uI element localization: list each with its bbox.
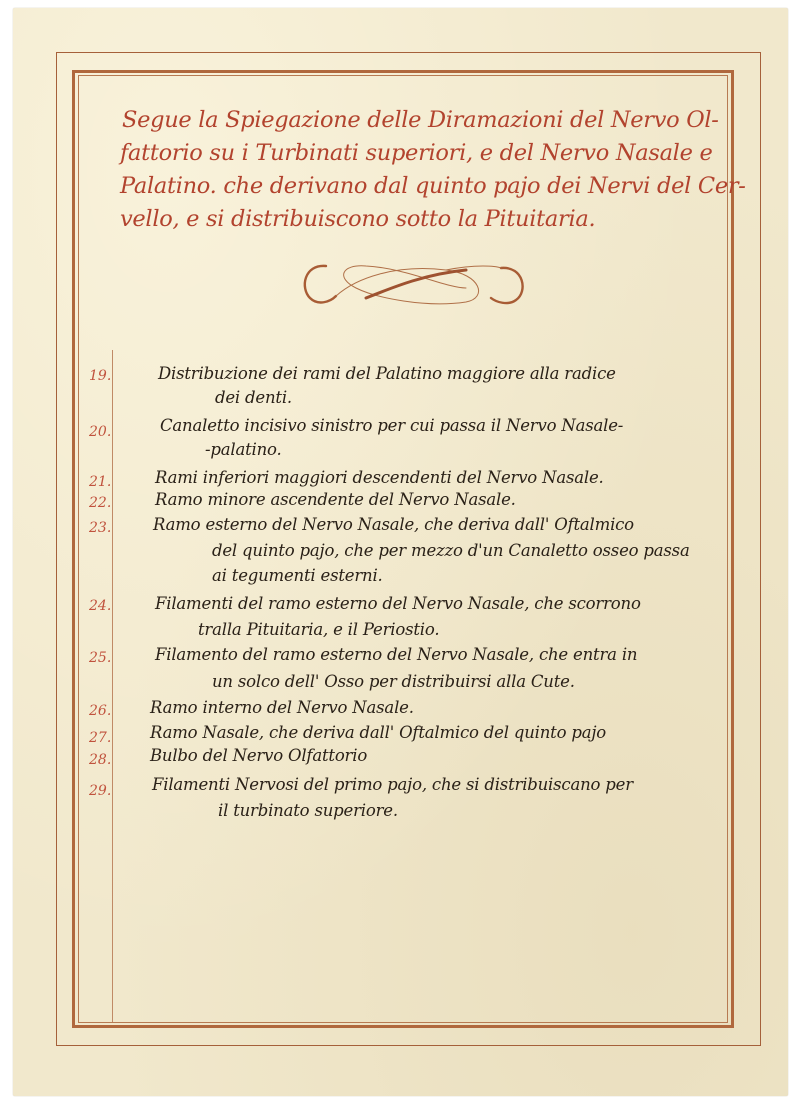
entry-text: Ramo Nasale, che deriva dall' Oftalmico … (150, 723, 606, 742)
entry-number: 19. (89, 368, 115, 384)
page-title: Segue la Spiegazione delle Diramazioni d… (120, 104, 680, 236)
entry-text: Ramo interno del Nervo Nasale. (150, 698, 414, 717)
entry-text: Bulbo del Nervo Olfattorio (150, 746, 367, 765)
title-line: fattorio su i Turbinati superiori, e del… (120, 137, 680, 170)
entry-text: il turbinato superiore. (218, 801, 398, 820)
flourish-ornament-icon (296, 258, 531, 308)
number-column-rule (112, 350, 113, 1022)
entry-text: del quinto pajo, che per mezzo d'un Cana… (212, 541, 690, 560)
manuscript-page: Segue la Spiegazione delle Diramazioni d… (0, 0, 800, 1105)
entry-text: Ramo minore ascendente del Nervo Nasale. (155, 490, 516, 509)
entry-number: 25. (89, 650, 115, 666)
entry-number: 28. (89, 752, 115, 768)
entry-text: ai tegumenti esterni. (212, 566, 383, 585)
entry-text: dei denti. (215, 388, 292, 407)
title-line: Palatino. che derivano dal quinto pajo d… (120, 170, 680, 203)
entry-text: tralla Pituitaria, e il Periostio. (198, 620, 439, 639)
entry-text: Filamenti del ramo esterno del Nervo Nas… (155, 594, 641, 613)
entry-number: 20. (89, 424, 115, 440)
entry-number: 24. (89, 598, 115, 614)
entry-number: 26. (89, 703, 115, 719)
entry-text: Distribuzione dei rami del Palatino magg… (158, 364, 616, 383)
entry-text: un solco dell' Osso per distribuirsi all… (212, 672, 575, 691)
entry-number: 21. (89, 474, 115, 490)
title-line: Segue la Spiegazione delle Diramazioni d… (122, 104, 680, 137)
entry-number: 29. (89, 783, 115, 799)
entry-number: 23. (89, 520, 115, 536)
entry-text: Canaletto incisivo sinistro per cui pass… (160, 416, 623, 435)
title-line: vello, e si distribuiscono sotto la Pitu… (120, 203, 680, 236)
entry-text: Rami inferiori maggiori descendenti del … (155, 468, 604, 487)
entry-number: 27. (89, 730, 115, 746)
entry-text: Filamento del ramo esterno del Nervo Nas… (155, 645, 637, 664)
entry-text: Ramo esterno del Nervo Nasale, che deriv… (153, 515, 634, 534)
entry-text: Filamenti Nervosi del primo pajo, che si… (152, 775, 633, 794)
entry-text: -palatino. (205, 440, 282, 459)
entry-number: 22. (89, 495, 115, 511)
